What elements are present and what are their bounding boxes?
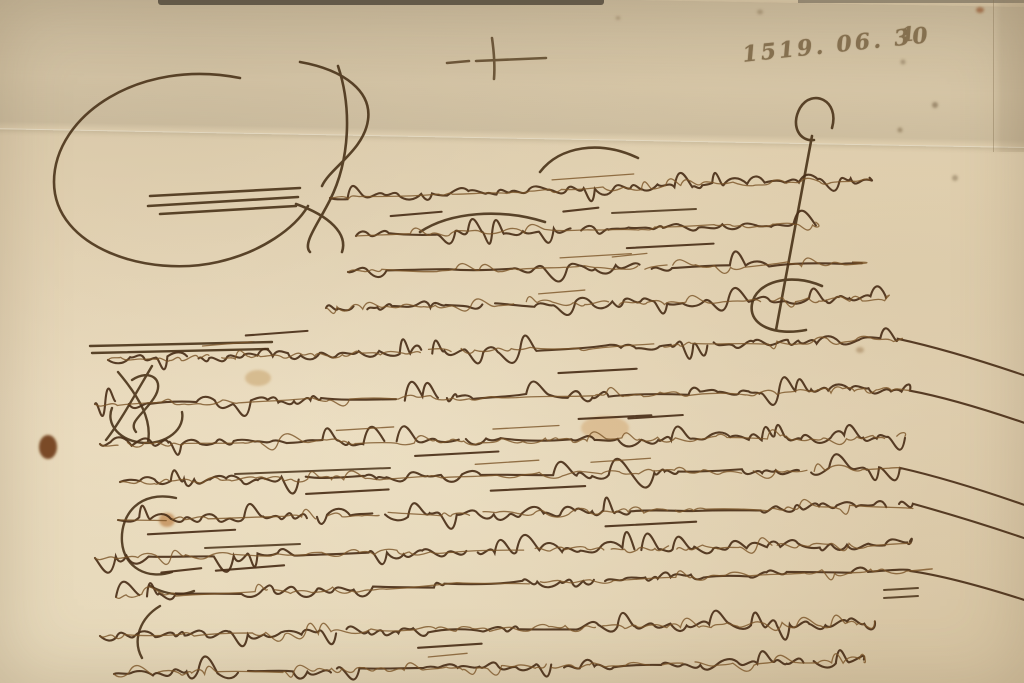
stain <box>856 347 864 353</box>
script-line <box>326 285 890 315</box>
invocation-cross-icon <box>447 38 546 79</box>
script-line <box>114 637 865 683</box>
calligraphic-flourish <box>54 62 638 266</box>
script-line <box>100 413 905 457</box>
script-line <box>116 560 933 605</box>
stain <box>901 60 906 65</box>
script-line <box>330 166 870 202</box>
stain <box>39 435 57 459</box>
stain <box>932 102 938 108</box>
script-line <box>118 498 913 527</box>
script-line <box>120 454 900 490</box>
handwritten-text-block <box>95 166 1024 683</box>
script-line <box>326 285 886 319</box>
script-line <box>120 442 1024 526</box>
script-line <box>330 166 873 210</box>
folio-number-annotation: 1 <box>900 21 916 46</box>
stain <box>616 16 621 20</box>
stain <box>952 175 958 181</box>
script-line <box>95 362 1024 448</box>
script-line <box>118 478 1024 564</box>
stain <box>898 128 903 133</box>
stain <box>757 10 763 15</box>
manuscript-page: 1519. 06. 30 1 <box>0 0 1024 683</box>
script-line <box>355 202 816 248</box>
ink-layer <box>0 0 1024 683</box>
stain <box>245 370 271 386</box>
stain <box>976 7 984 13</box>
